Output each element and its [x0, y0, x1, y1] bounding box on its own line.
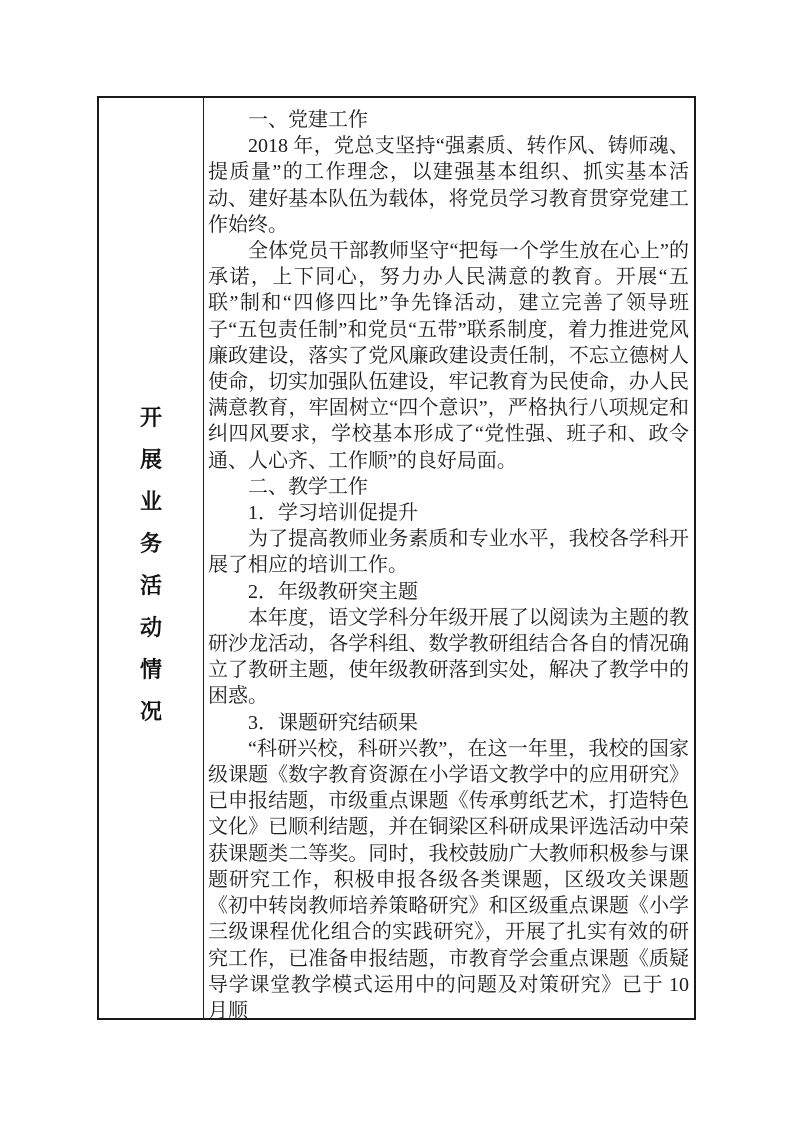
row-header-char: 活 [140, 565, 162, 607]
row-header-cell: 开 展 业 务 活 动 情 况 [99, 98, 204, 1018]
row-header-vertical-title: 开 展 业 务 活 动 情 况 [140, 397, 162, 733]
section-heading-party-work: 一、党建工作 [208, 107, 689, 133]
paragraph-party-activities: 全体党员干部教师坚守“把每一个学生放在心上”的承诺，上下同心，努力办人民满意的教… [208, 238, 689, 474]
row-header-char: 展 [140, 439, 162, 481]
section-heading-teaching-work: 二、教学工作 [208, 474, 689, 500]
row-header-char: 况 [140, 691, 162, 733]
row-header-char: 开 [140, 397, 162, 439]
paragraph-party-concept: 2018 年，党总支坚持“强素质、转作风、铸师魂、提质量”的工作理念，以建强基本… [208, 133, 689, 238]
row-header-char: 业 [140, 481, 162, 523]
row-header-char: 动 [140, 607, 162, 649]
subheading-grade-research: 2．年级教研突主题 [208, 579, 689, 605]
subheading-training: 1．学习培训促提升 [208, 500, 689, 526]
subheading-topic-research: 3．课题研究结硕果 [208, 710, 689, 736]
paragraph-grade-research: 本年度，语文学科分年级开展了以阅读为主题的教研沙龙活动，各学科组、数学教研组结合… [208, 605, 689, 710]
content-cell: 一、党建工作 2018 年，党总支坚持“强素质、转作风、铸师魂、提质量”的工作理… [204, 98, 694, 1018]
row-header-char: 务 [140, 523, 162, 565]
row-header-char: 情 [140, 649, 162, 691]
document-page: 开 展 业 务 活 动 情 况 一、党建工作 2018 年，党总支坚持“强素质、… [0, 0, 793, 1122]
paragraph-topic-research: “科研兴校，科研兴教”，在这一年里，我校的国家级课题《数字教育资源在小学语文教学… [208, 736, 689, 1018]
paragraph-training: 为了提高教师业务素质和专业水平，我校各学科开展了相应的培训工作。 [208, 526, 689, 578]
report-table: 开 展 业 务 活 动 情 况 一、党建工作 2018 年，党总支坚持“强素质、… [97, 96, 696, 1020]
